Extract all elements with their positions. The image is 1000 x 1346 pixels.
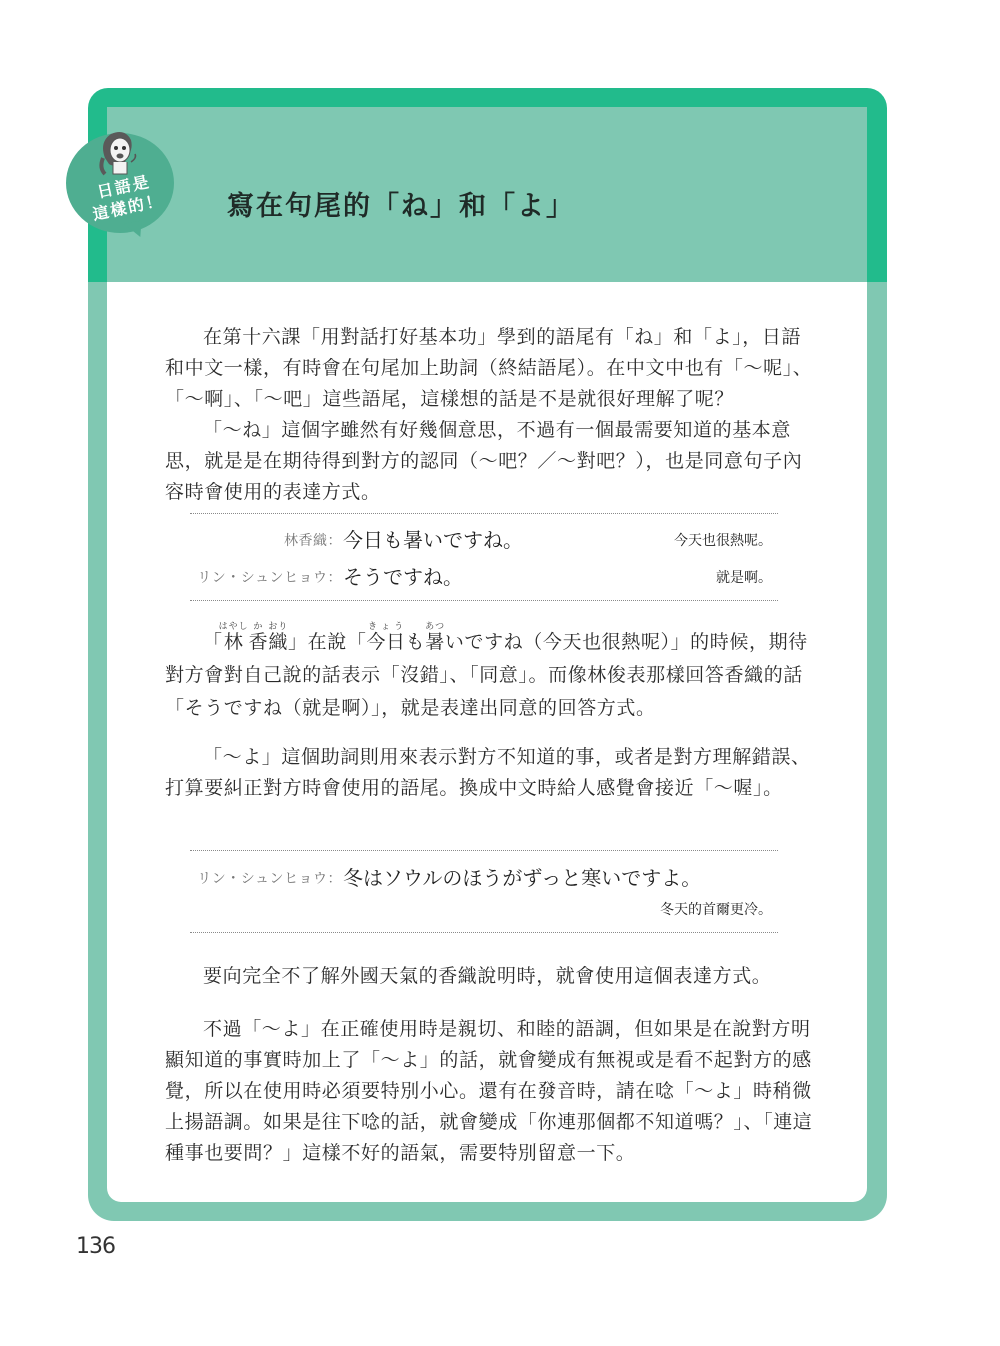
intro-paragraph-1: 在第十六課「用對話打好基本功」學到的語尾有「ね」和「よ」，日語和中文一樣，有時會… — [165, 322, 815, 415]
caution-paragraph: 不過「～よ」在正確使用時是親切、和睦的語調，但如果是在說對方明顯知道的事實時加上… — [165, 1014, 815, 1169]
caution-section: 不過「～よ」在正確使用時是親切、和睦的語調，但如果是在說對方明顯知道的事實時加上… — [165, 1014, 815, 1169]
speech-bubble-tail — [124, 221, 145, 240]
text: も — [406, 631, 426, 653]
chinese-translation: 冬天的首爾更冷。 — [660, 899, 772, 919]
dialogue-translation-row: 冬天的首爾更冷。 — [190, 893, 778, 923]
kanji: 香 — [249, 631, 269, 653]
intro-paragraph-2: 「～ね」這個字雖然有好幾個意思，不過有一個最需要知道的基本意思，就是是在期待得到… — [165, 415, 815, 508]
kanji: 織 — [268, 631, 288, 653]
ruby-kyou: 今日きょう — [366, 631, 405, 653]
japanese-sentence: そうですね。 — [343, 561, 463, 590]
japanese-sentence: 冬はソウルのほうがずっと寒いですよ。 — [343, 862, 701, 891]
explanation-yo-paragraph: 「～よ」這個助詞則用來表示對方不知道的事，或者是對方理解錯誤、打算要糾正對方時會… — [165, 742, 815, 804]
speaker-name: リン・シュンヒョウ： — [197, 567, 342, 587]
divider — [190, 600, 778, 601]
ruby-ka: 香か — [249, 631, 269, 653]
divider — [190, 513, 778, 514]
speaker-name: 林香織： — [284, 530, 342, 550]
furigana: きょう — [366, 622, 405, 632]
furigana: か — [249, 622, 269, 632]
ruby-hayashi: 林はやし — [223, 631, 249, 653]
japanese-sentence: 今日も暑いですね。 — [343, 524, 523, 553]
usage-note-paragraph: 要向完全不了解外國天氣的香織說明時，就會使用這個表達方式。 — [165, 961, 815, 992]
explanation-yo-section: 「～よ」這個助詞則用來表示對方不知道的事，或者是對方理解錯誤、打算要糾正對方時會… — [165, 742, 815, 804]
page-number: 136 — [76, 1234, 115, 1259]
text: 」在說「 — [288, 631, 366, 653]
dialogue-line: 林香織： 今日も暑いですね。 今天也很熱呢。 — [190, 524, 778, 554]
chinese-translation: 就是啊。 — [716, 567, 772, 587]
usage-note-section: 要向完全不了解外國天氣的香織說明時，就會使用這個表達方式。 — [165, 961, 815, 992]
divider — [190, 932, 778, 933]
dialogue-line: リン・シュンヒョウ： そうですね。 就是啊。 — [190, 561, 778, 591]
speaker-name: リン・シュンヒョウ： — [197, 868, 342, 888]
intro-section: 在第十六課「用對話打好基本功」學到的語尾有「ね」和「よ」，日語和中文一樣，有時會… — [165, 322, 815, 508]
dialogue-line: リン・シュンヒョウ： 冬はソウルのほうがずっと寒いですよ。 — [190, 862, 778, 892]
furigana: あつ — [425, 622, 445, 632]
ruby-ori: 織おり — [268, 631, 288, 653]
page-title: 寫在句尾的「ね」和「よ」 — [227, 184, 575, 223]
kanji: 暑 — [425, 631, 445, 653]
kanji: 今日 — [366, 631, 405, 653]
explanation-ne-paragraph: 「林はやし香か織おり」在說「今日きょうも暑あついですね（今天也很熱呢）」的時候，… — [165, 622, 815, 725]
chinese-translation: 今天也很熱呢。 — [674, 530, 772, 550]
kanji: 林 — [219, 631, 249, 653]
girl-avatar-icon — [95, 128, 141, 178]
furigana: はやし — [219, 622, 249, 632]
furigana: おり — [268, 622, 288, 632]
divider — [190, 850, 778, 851]
explanation-ne-text: 「林はやし香か織おり」在說「今日きょうも暑あついですね（今天也很熱呢）」的時候，… — [165, 622, 815, 725]
ruby-atsu: 暑あつ — [425, 631, 445, 653]
